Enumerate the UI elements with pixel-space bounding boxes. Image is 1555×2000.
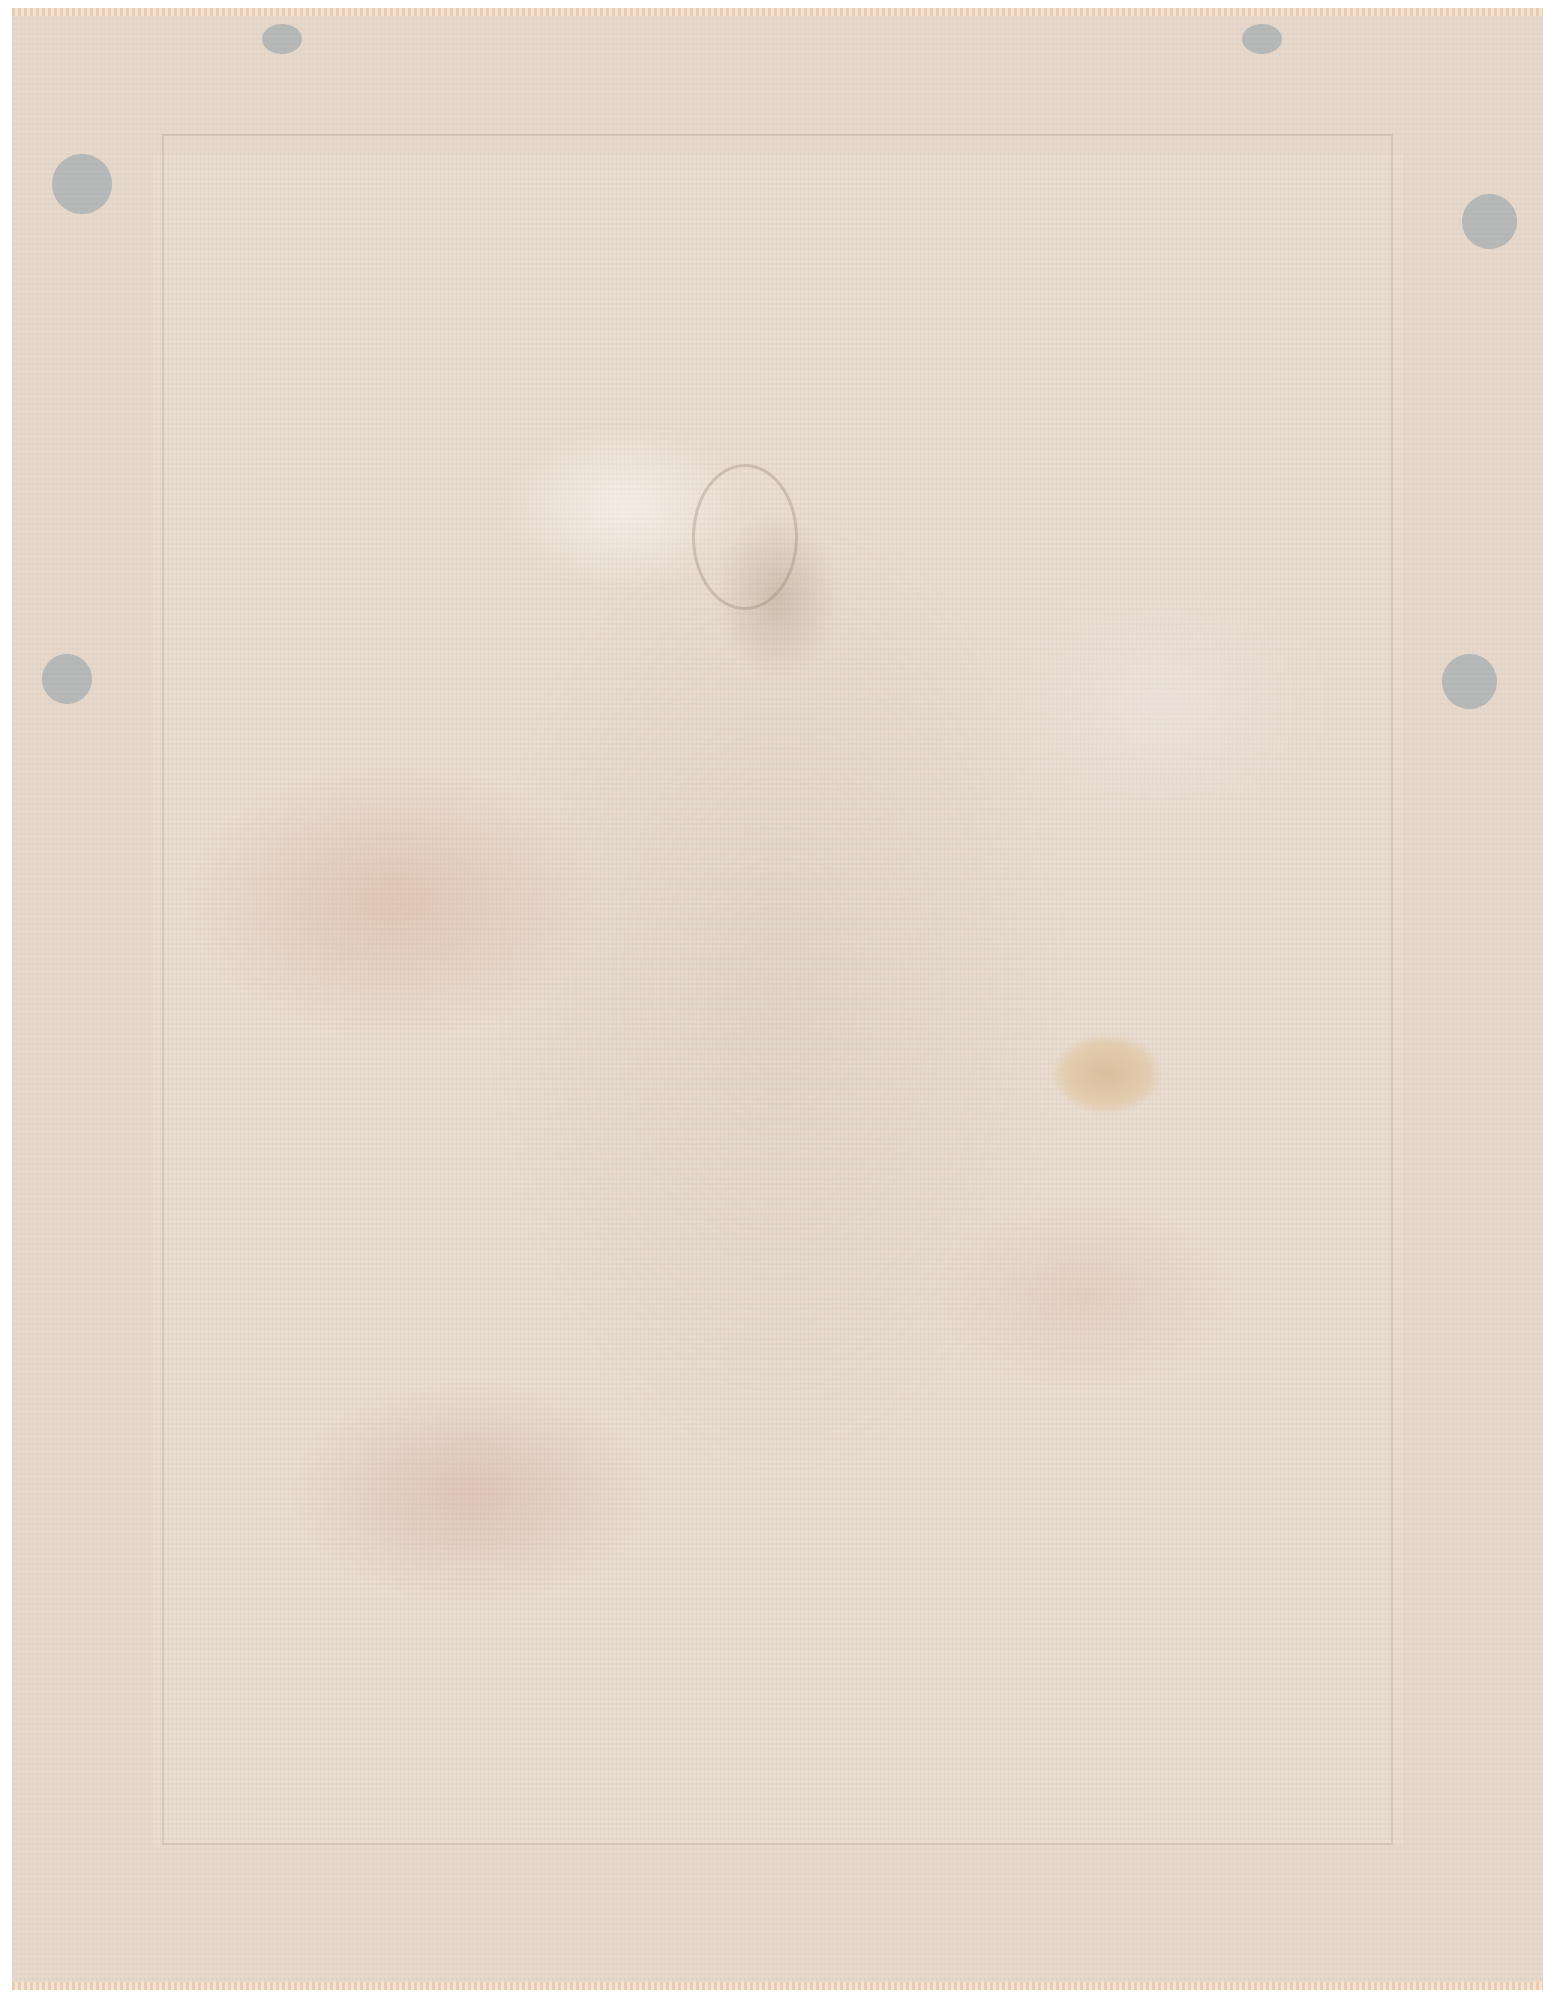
bottom-fringe — [12, 1982, 1543, 1990]
motif — [1462, 194, 1517, 249]
motif — [262, 24, 302, 54]
rug — [12, 14, 1543, 1985]
worn-patch — [1052, 1034, 1162, 1114]
motif — [1242, 24, 1282, 54]
rug-medallion — [692, 464, 798, 610]
motif — [42, 654, 92, 704]
rug-field — [162, 134, 1393, 1845]
top-fringe — [12, 8, 1543, 16]
motif — [1442, 654, 1497, 709]
motif — [52, 154, 112, 214]
